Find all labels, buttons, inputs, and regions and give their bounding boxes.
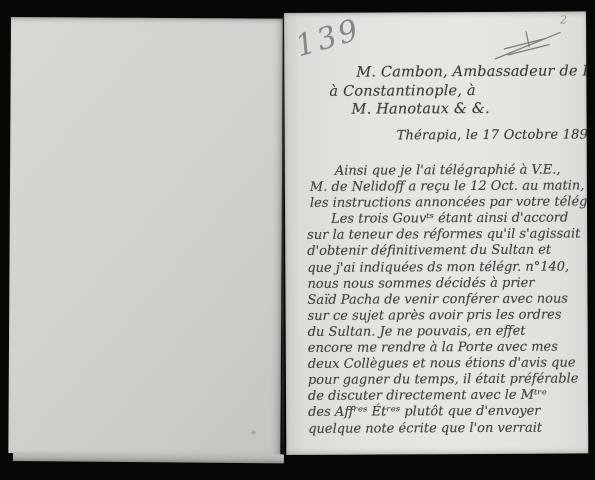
- body-line: des Affʳᵉˢ Étʳᵉˢ plutôt que d'envoyer: [308, 404, 588, 422]
- body-line: d'obtenir définitivement du Sultan et: [307, 243, 587, 261]
- body-line: de discuter directement avec le Mᵗʳᵉ: [308, 388, 588, 406]
- body-line: que j'ai indiquées ds mon télégr. n°140,: [307, 259, 587, 277]
- pencil-smudge: [249, 428, 259, 437]
- body-line: sur ce sujet après avoir pris les ordres: [308, 307, 588, 325]
- address-line-recipient: M. Cambon, Ambassadeur de France: [356, 63, 588, 80]
- letter-page: 139 2 M. Cambon, Ambassadeur de France à…: [284, 11, 588, 455]
- body-line: Ainsi que je l'ai télégraphié à V.E.,: [335, 162, 587, 179]
- body-line: deux Collègues et nous étions d'avis que: [308, 356, 588, 374]
- body-line: pour gagner du temps, il était préférabl…: [308, 372, 588, 390]
- body-line: du Sultan. Je ne pouvais, en effet: [308, 323, 588, 341]
- body-line: Les trois Gouvᵗˢ étant ainsi d'accord: [331, 211, 587, 228]
- body-line: encore me rendre à la Porte avec mes: [308, 339, 588, 357]
- body-line: les instructions annoncées par votre tél…: [310, 195, 587, 213]
- page-stack-edge: [13, 452, 284, 463]
- letter-body: Ainsi que je l'ai télégraphié à V.E.,M. …: [307, 162, 588, 437]
- folio-number: 139: [292, 12, 365, 64]
- body-line: M. de Nelidoff a reçu le 12 Oct. au mati…: [310, 179, 587, 197]
- left-blank-page: [8, 17, 283, 455]
- address-line-place: à Constantinople, à: [329, 83, 475, 100]
- cancellation-mark-icon: [492, 26, 564, 66]
- body-line: quelque note écrite que l'on verrait: [308, 420, 588, 438]
- dateline: Thérapia, le 17 Octobre 1895.: [397, 127, 589, 143]
- body-line: nous nous sommes décidés à prier: [307, 275, 587, 293]
- photographed-document-scan: 139 2 M. Cambon, Ambassadeur de France à…: [0, 0, 595, 480]
- body-line: Saïd Pacha de venir conférer avec nous: [307, 291, 587, 309]
- address-line-minister: M. Hanotaux & &.: [351, 101, 489, 118]
